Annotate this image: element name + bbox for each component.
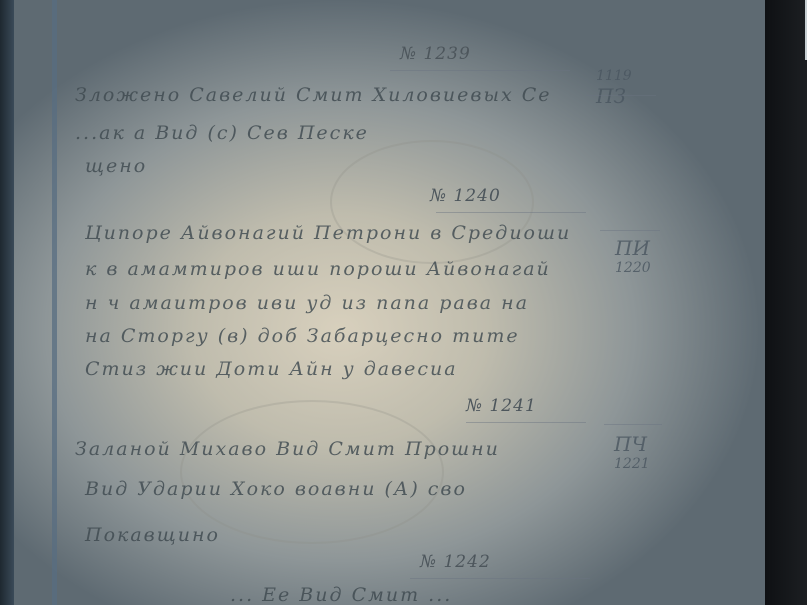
margin-code: ПЗ bbox=[596, 84, 626, 108]
entry-underline bbox=[466, 422, 586, 423]
text-line: Покавщино bbox=[85, 524, 220, 546]
margin-code: ПИ bbox=[615, 236, 650, 260]
manuscript-page: № 1239 Зложено Савелий Смит Хиловиевых С… bbox=[0, 0, 765, 605]
ink-bleed-through bbox=[180, 400, 444, 544]
text-line: Ципоре Айвонагий Петрони в Средиоши bbox=[85, 222, 571, 244]
text-line: ... Ее Вид Смит ... bbox=[230, 584, 452, 605]
margin-number: 1220 bbox=[615, 260, 651, 276]
entry-underline bbox=[436, 212, 586, 213]
margin-note: ПЧ 1221 bbox=[614, 432, 650, 472]
text-line: к в амамтиров иши пороши Айвонагай bbox=[85, 258, 551, 280]
entry-number: № 1239 bbox=[400, 44, 471, 64]
margin-note: 1119 ПЗ bbox=[596, 68, 632, 108]
text-line: на Сторгу (в) доб Забарцесно тите bbox=[85, 325, 520, 347]
text-line: н ч амаитров иви уд из папа рава на bbox=[85, 292, 529, 314]
entry-underline bbox=[390, 70, 570, 71]
margin-rule-line bbox=[586, 95, 656, 96]
entry-number: № 1241 bbox=[466, 396, 537, 416]
text-line: Зложено Савелий Смит Хиловиевых Се bbox=[75, 84, 551, 106]
entry-underline bbox=[410, 578, 590, 579]
text-line: щено bbox=[85, 155, 147, 177]
margin-rule-line bbox=[604, 424, 662, 425]
text-line: ...ак а Вид (с) Сев Песке bbox=[75, 122, 369, 144]
margin-number: 1221 bbox=[614, 456, 650, 472]
text-line: Стиз жии Доти Айн у давесиа bbox=[85, 358, 458, 380]
margin-number: 1119 bbox=[596, 68, 632, 84]
margin-code: ПЧ bbox=[614, 432, 647, 456]
photo-frame-right bbox=[765, 0, 807, 605]
margin-rule-line bbox=[600, 230, 660, 231]
margin-rule bbox=[52, 0, 57, 605]
photo-frame-left bbox=[0, 0, 14, 605]
entry-number: № 1240 bbox=[430, 186, 501, 206]
text-line: Вид Ударии Хоко воавни (А) сво bbox=[85, 478, 467, 500]
entry-number: № 1242 bbox=[420, 552, 491, 572]
margin-note: ПИ 1220 bbox=[615, 236, 651, 276]
text-line: Заланой Михаво Вид Смит Прошни bbox=[75, 438, 500, 460]
